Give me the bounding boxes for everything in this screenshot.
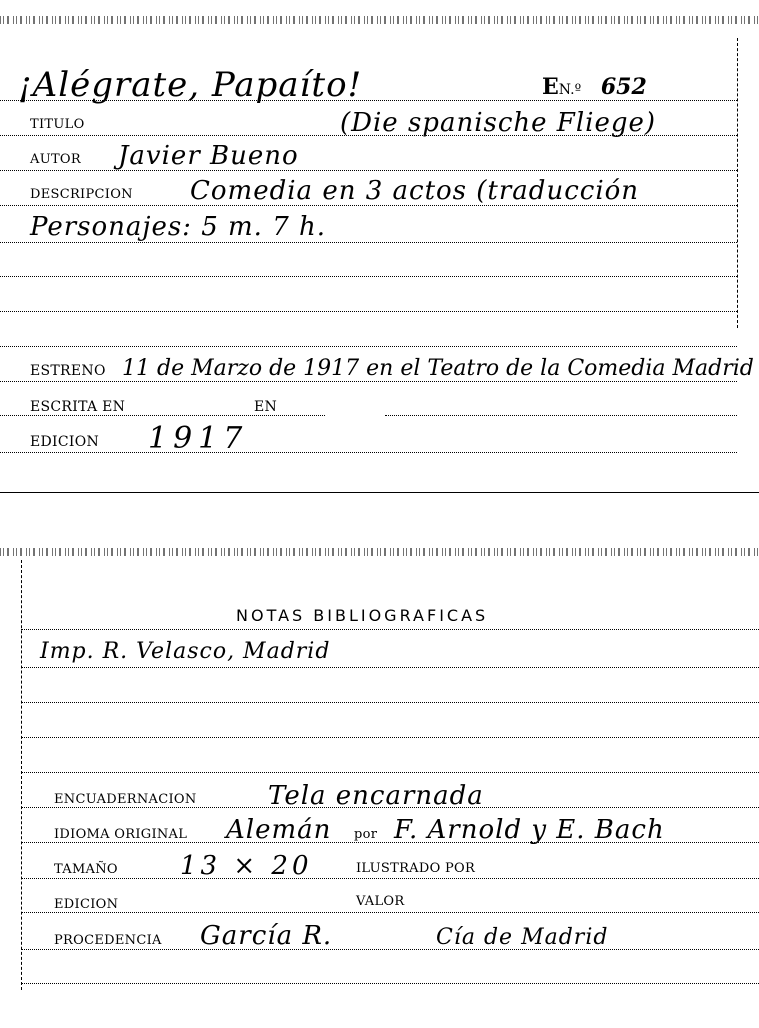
catalog-number-suffix: N.º bbox=[559, 82, 581, 98]
rule bbox=[0, 276, 737, 277]
rule bbox=[385, 415, 737, 416]
rule bbox=[21, 772, 759, 773]
descripcion-value: Comedia en 3 actos (traducción bbox=[190, 178, 639, 204]
procedencia-label: PROCEDENCIA bbox=[54, 934, 162, 947]
por-label: por bbox=[354, 828, 377, 841]
ilustrado-por-label: ILUSTRADO POR bbox=[356, 862, 475, 875]
tamano-value: 13 × 20 bbox=[180, 853, 312, 879]
por-value: F. Arnold y E. Bach bbox=[394, 817, 665, 843]
encuadernacion-label: ENCUADERNACION bbox=[54, 793, 197, 806]
notes-line-value: Imp. R. Velasco, Madrid bbox=[40, 641, 330, 663]
estreno-value: 11 de Marzo de 1917 en el Teatro de la C… bbox=[122, 358, 754, 380]
titulo-label: TITULO bbox=[30, 118, 85, 131]
catalog-number-value: 652 bbox=[601, 74, 647, 100]
procedencia-value-2: Cía de Madrid bbox=[436, 927, 608, 949]
tamano-label: TAMAÑO bbox=[54, 863, 118, 876]
catalog-number-prefix: E bbox=[542, 74, 559, 100]
escrita-en-label: ESCRITA EN bbox=[30, 400, 125, 414]
idioma-original-value: Alemán bbox=[226, 817, 331, 843]
card-left-border bbox=[21, 560, 22, 990]
procedencia-value: García R. bbox=[200, 923, 332, 949]
rule bbox=[21, 667, 759, 668]
encuadernacion-value: Tela encarnada bbox=[268, 783, 484, 809]
autor-label: AUTOR bbox=[30, 153, 81, 166]
rule bbox=[0, 100, 737, 101]
edicion-value: 1917 bbox=[148, 424, 248, 454]
descripcion-label: DESCRIPCION bbox=[30, 188, 133, 201]
rule bbox=[0, 311, 737, 312]
autor-value: Javier Bueno bbox=[118, 143, 299, 169]
rule bbox=[21, 949, 759, 950]
valor-label: VALOR bbox=[356, 895, 404, 908]
rule bbox=[21, 807, 759, 808]
descripcion-continuation: Personajes: 5 m. 7 h. bbox=[30, 214, 326, 240]
title-handwritten: ¡Alégrate, Papaíto! bbox=[18, 68, 362, 102]
rule bbox=[21, 842, 759, 843]
rule bbox=[0, 170, 737, 171]
rule bbox=[0, 135, 737, 136]
titulo-value: (Die spanische Fliege) bbox=[340, 110, 656, 136]
rule bbox=[21, 702, 759, 703]
card-right-border bbox=[737, 38, 738, 328]
rule bbox=[21, 737, 759, 738]
en-label: EN bbox=[254, 400, 277, 414]
catalog-number: EN.º 652 bbox=[542, 76, 647, 98]
catalog-card-front: ¡Alégrate, Papaíto! EN.º 652 TITULO (Die… bbox=[0, 0, 759, 500]
rule bbox=[0, 205, 737, 206]
notas-bibliograficas-heading: NOTAS BIBLIOGRAFICAS bbox=[236, 606, 488, 625]
rule bbox=[0, 381, 737, 382]
edicion-label: EDICION bbox=[54, 898, 118, 911]
idioma-original-label: IDIOMA ORIGINAL bbox=[54, 828, 187, 841]
rule bbox=[0, 415, 325, 416]
rule bbox=[21, 912, 759, 913]
rule bbox=[0, 452, 737, 453]
card-bottom-edge bbox=[0, 492, 759, 493]
rule bbox=[21, 629, 759, 630]
rule bbox=[21, 878, 759, 879]
rule bbox=[0, 242, 737, 243]
edicion-label: EDICION bbox=[30, 435, 99, 449]
catalog-card-back: NOTAS BIBLIOGRAFICAS Imp. R. Velasco, Ma… bbox=[0, 545, 759, 1028]
rule bbox=[21, 983, 759, 984]
rule bbox=[0, 346, 737, 347]
estreno-label: ESTRENO bbox=[30, 364, 106, 378]
